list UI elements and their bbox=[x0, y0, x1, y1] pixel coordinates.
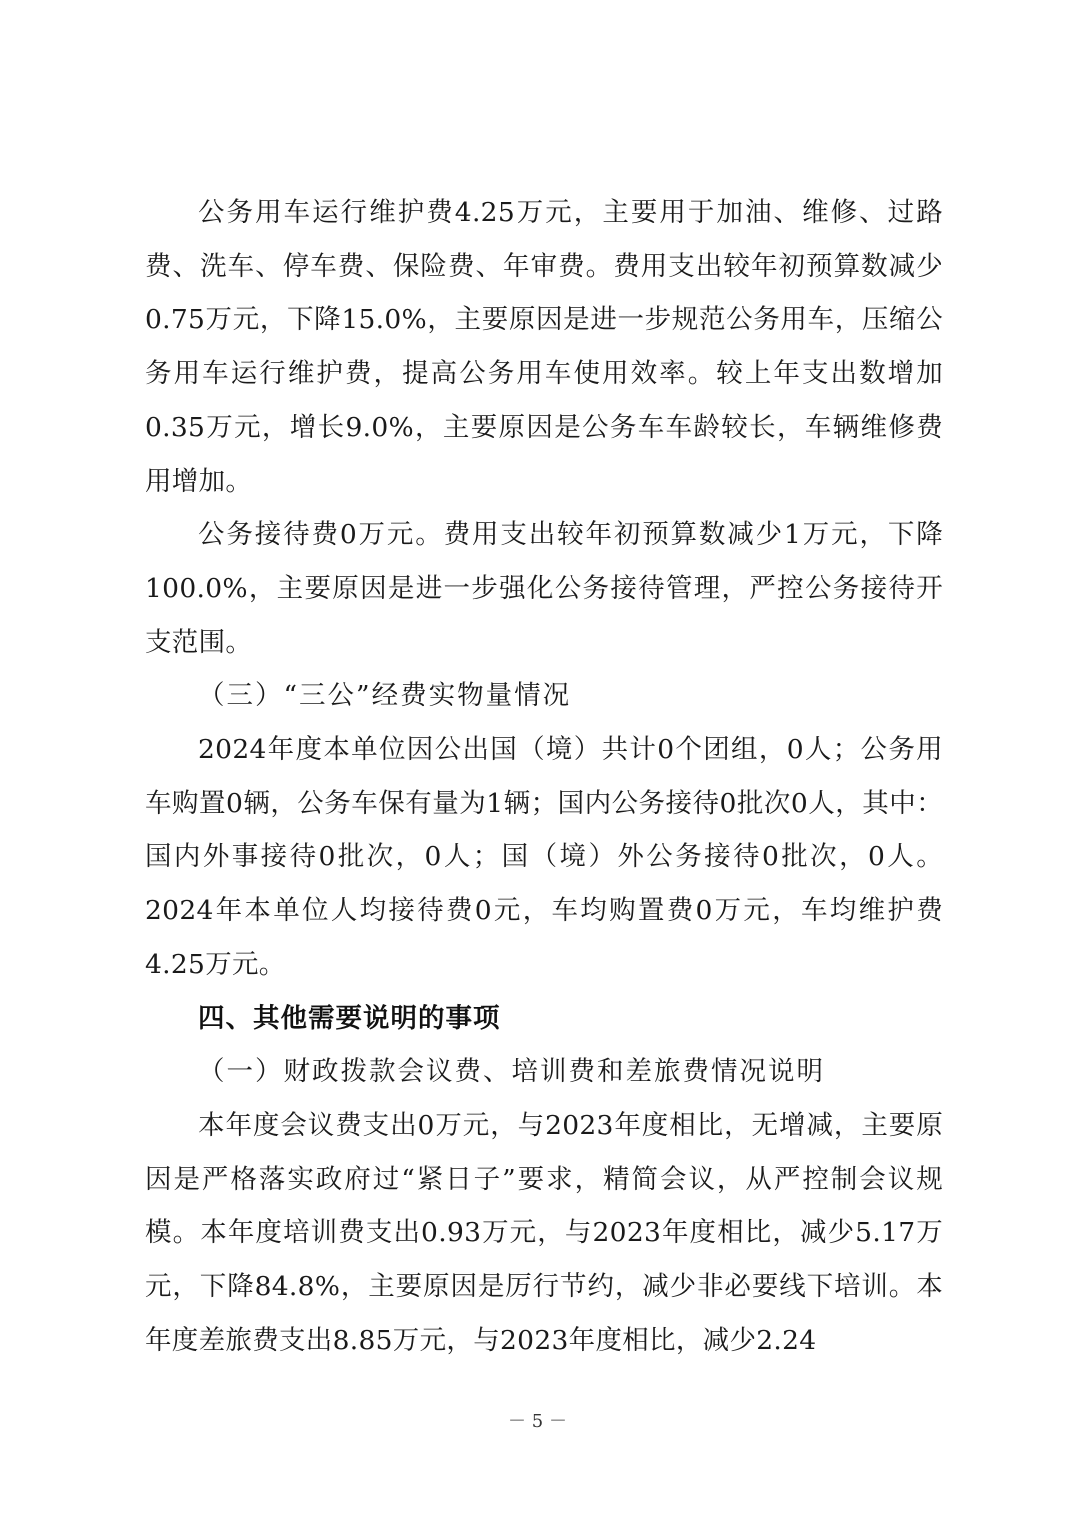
paragraph-reception-expense: 公务接待费0万元。费用支出较年初预算数减少1万元，下降 100.0%，主要原因是… bbox=[145, 508, 943, 669]
section-heading-other-matters: 四、其他需要说明的事项 bbox=[145, 992, 943, 1046]
paragraph-physical-quantity: 2024年度本单位因公出国（境）共计0个团组，0人；公务用车购置0辆，公务车保有… bbox=[145, 723, 943, 992]
subheading-physical-quantity: （三）“三公”经费实物量情况 bbox=[145, 669, 943, 723]
document-body: 公务用车运行维护费4.25万元，主要用于加油、维修、过路费、洗车、停车费、保险费… bbox=[145, 186, 943, 1367]
subheading-meeting-training-travel: （一）财政拨款会议费、培训费和差旅费情况说明 bbox=[145, 1045, 943, 1099]
document-page: 公务用车运行维护费4.25万元，主要用于加油、维修、过路费、洗车、停车费、保险费… bbox=[0, 0, 1075, 1520]
page-number: － 5 － bbox=[0, 1407, 1075, 1433]
paragraph-meeting-training-travel: 本年度会议费支出0万元，与2023年度相比，无增减，主要原因是严格落实政府过“紧… bbox=[145, 1099, 943, 1368]
paragraph-vehicle-maintenance: 公务用车运行维护费4.25万元，主要用于加油、维修、过路费、洗车、停车费、保险费… bbox=[145, 186, 943, 508]
